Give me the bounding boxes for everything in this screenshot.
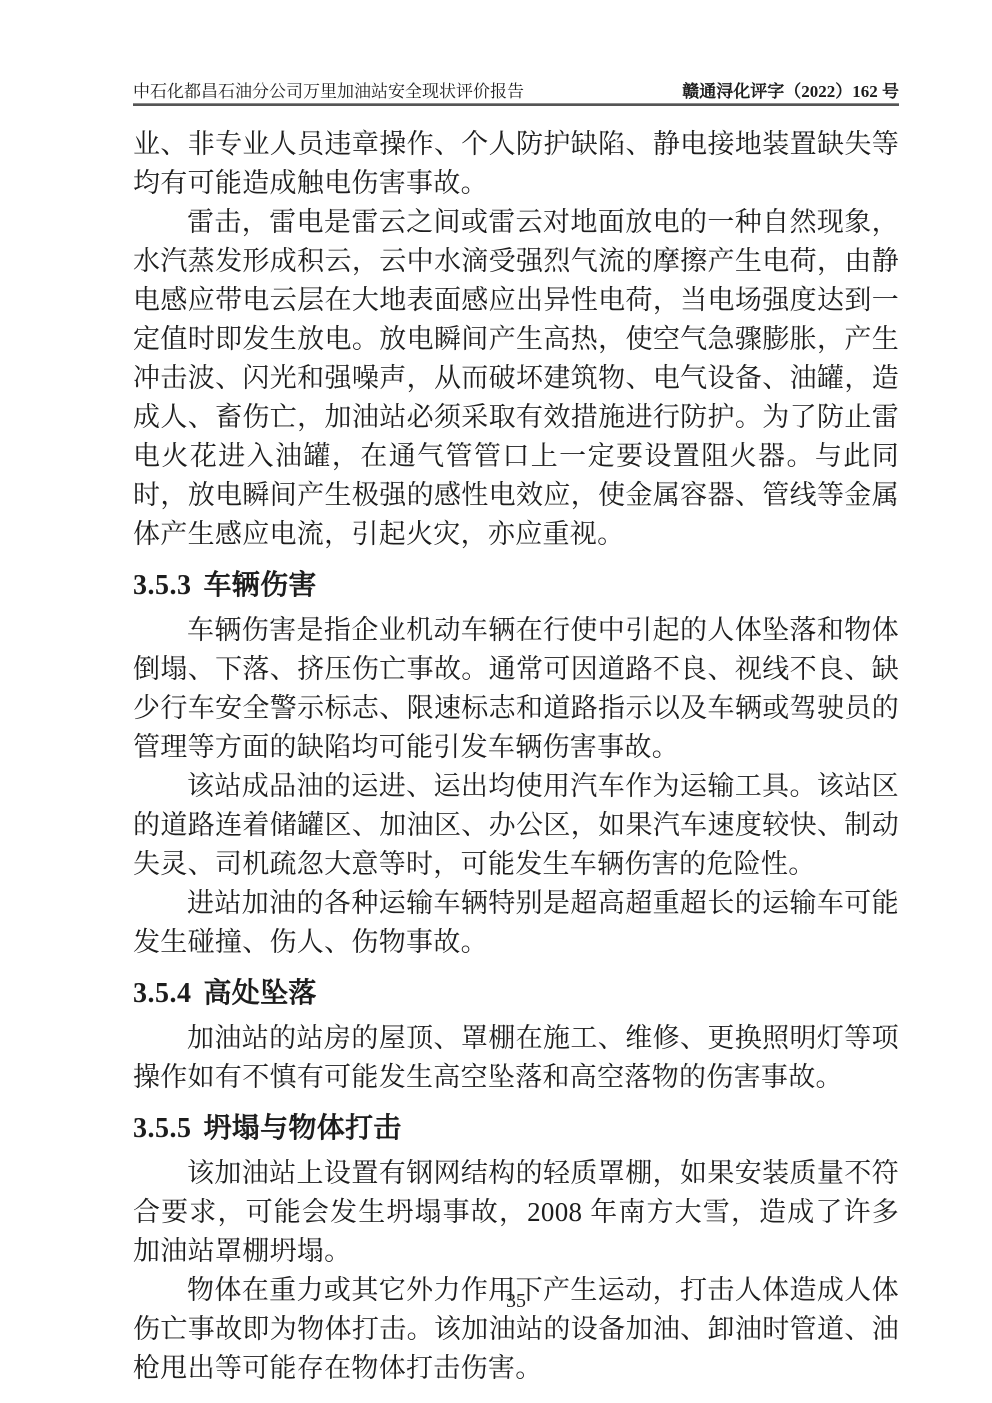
section-number: 3.5.3 xyxy=(133,570,192,601)
page-number: 35 xyxy=(506,1290,526,1312)
document-page: 中石化都昌石油分公司万里加油站安全现状评价报告 赣通浔化评字（2022）162 … xyxy=(0,0,992,1403)
paragraph-vehicle-transport-risk: 该站成品油的运进、运出均使用汽车作为运输工具。该站区的道路连着储罐区、加油区、办… xyxy=(133,767,899,884)
paragraph-electric-shock-continuation: 业、非专业人员违章操作、个人防护缺陷、静电接地装置缺失等均有可能造成触电伤害事故… xyxy=(133,125,899,203)
section-heading-collapse-object-strike: 3.5.5坍塌与物体打击 xyxy=(133,1107,899,1150)
page-footer: 35 xyxy=(133,1290,899,1313)
header-document-number: 赣通浔化评字（2022）162 号 xyxy=(682,81,899,102)
section-title: 车辆伤害 xyxy=(204,569,317,600)
paragraph-vehicle-injury-definition: 车辆伤害是指企业机动车辆在行使中引起的人体坠落和物体倒塌、下落、挤压伤亡事故。通… xyxy=(133,611,899,767)
section-heading-fall-from-height: 3.5.4高处坠落 xyxy=(133,972,899,1015)
paragraph-canopy-collapse-risk: 该加油站上设置有钢网结构的轻质罩棚，如果安装质量不符合要求，可能会发生坍塌事故，… xyxy=(133,1154,899,1271)
section-heading-vehicle-injury: 3.5.3车辆伤害 xyxy=(133,564,899,607)
section-title: 高处坠落 xyxy=(204,977,317,1008)
section-number: 3.5.5 xyxy=(133,1113,192,1144)
header-report-title: 中石化都昌石油分公司万里加油站安全现状评价报告 xyxy=(133,81,524,102)
paragraph-object-strike-risk: 物体在重力或其它外力作用下产生运动，打击人体造成人体伤亡事故即为物体打击。该加油… xyxy=(133,1271,899,1388)
section-number: 3.5.4 xyxy=(133,978,192,1009)
paragraph-fall-from-height-risk: 加油站的站房的屋顶、罩棚在施工、维修、更换照明灯等项操作如有不慎有可能发生高空坠… xyxy=(133,1019,899,1097)
paragraph-lightning-strike: 雷击，雷电是雷云之间或雷云对地面放电的一种自然现象，水汽蒸发形成积云，云中水滴受… xyxy=(133,203,899,554)
document-body: 业、非专业人员违章操作、个人防护缺陷、静电接地装置缺失等均有可能造成触电伤害事故… xyxy=(133,125,899,1388)
paragraph-vehicle-collision-risk: 进站加油的各种运输车辆特别是超高超重超长的运输车可能发生碰撞、伤人、伤物事故。 xyxy=(133,884,899,962)
header-divider xyxy=(133,103,899,106)
section-title: 坍塌与物体打击 xyxy=(204,1112,402,1143)
page-header: 中石化都昌石油分公司万里加油站安全现状评价报告 赣通浔化评字（2022）162 … xyxy=(133,81,899,102)
